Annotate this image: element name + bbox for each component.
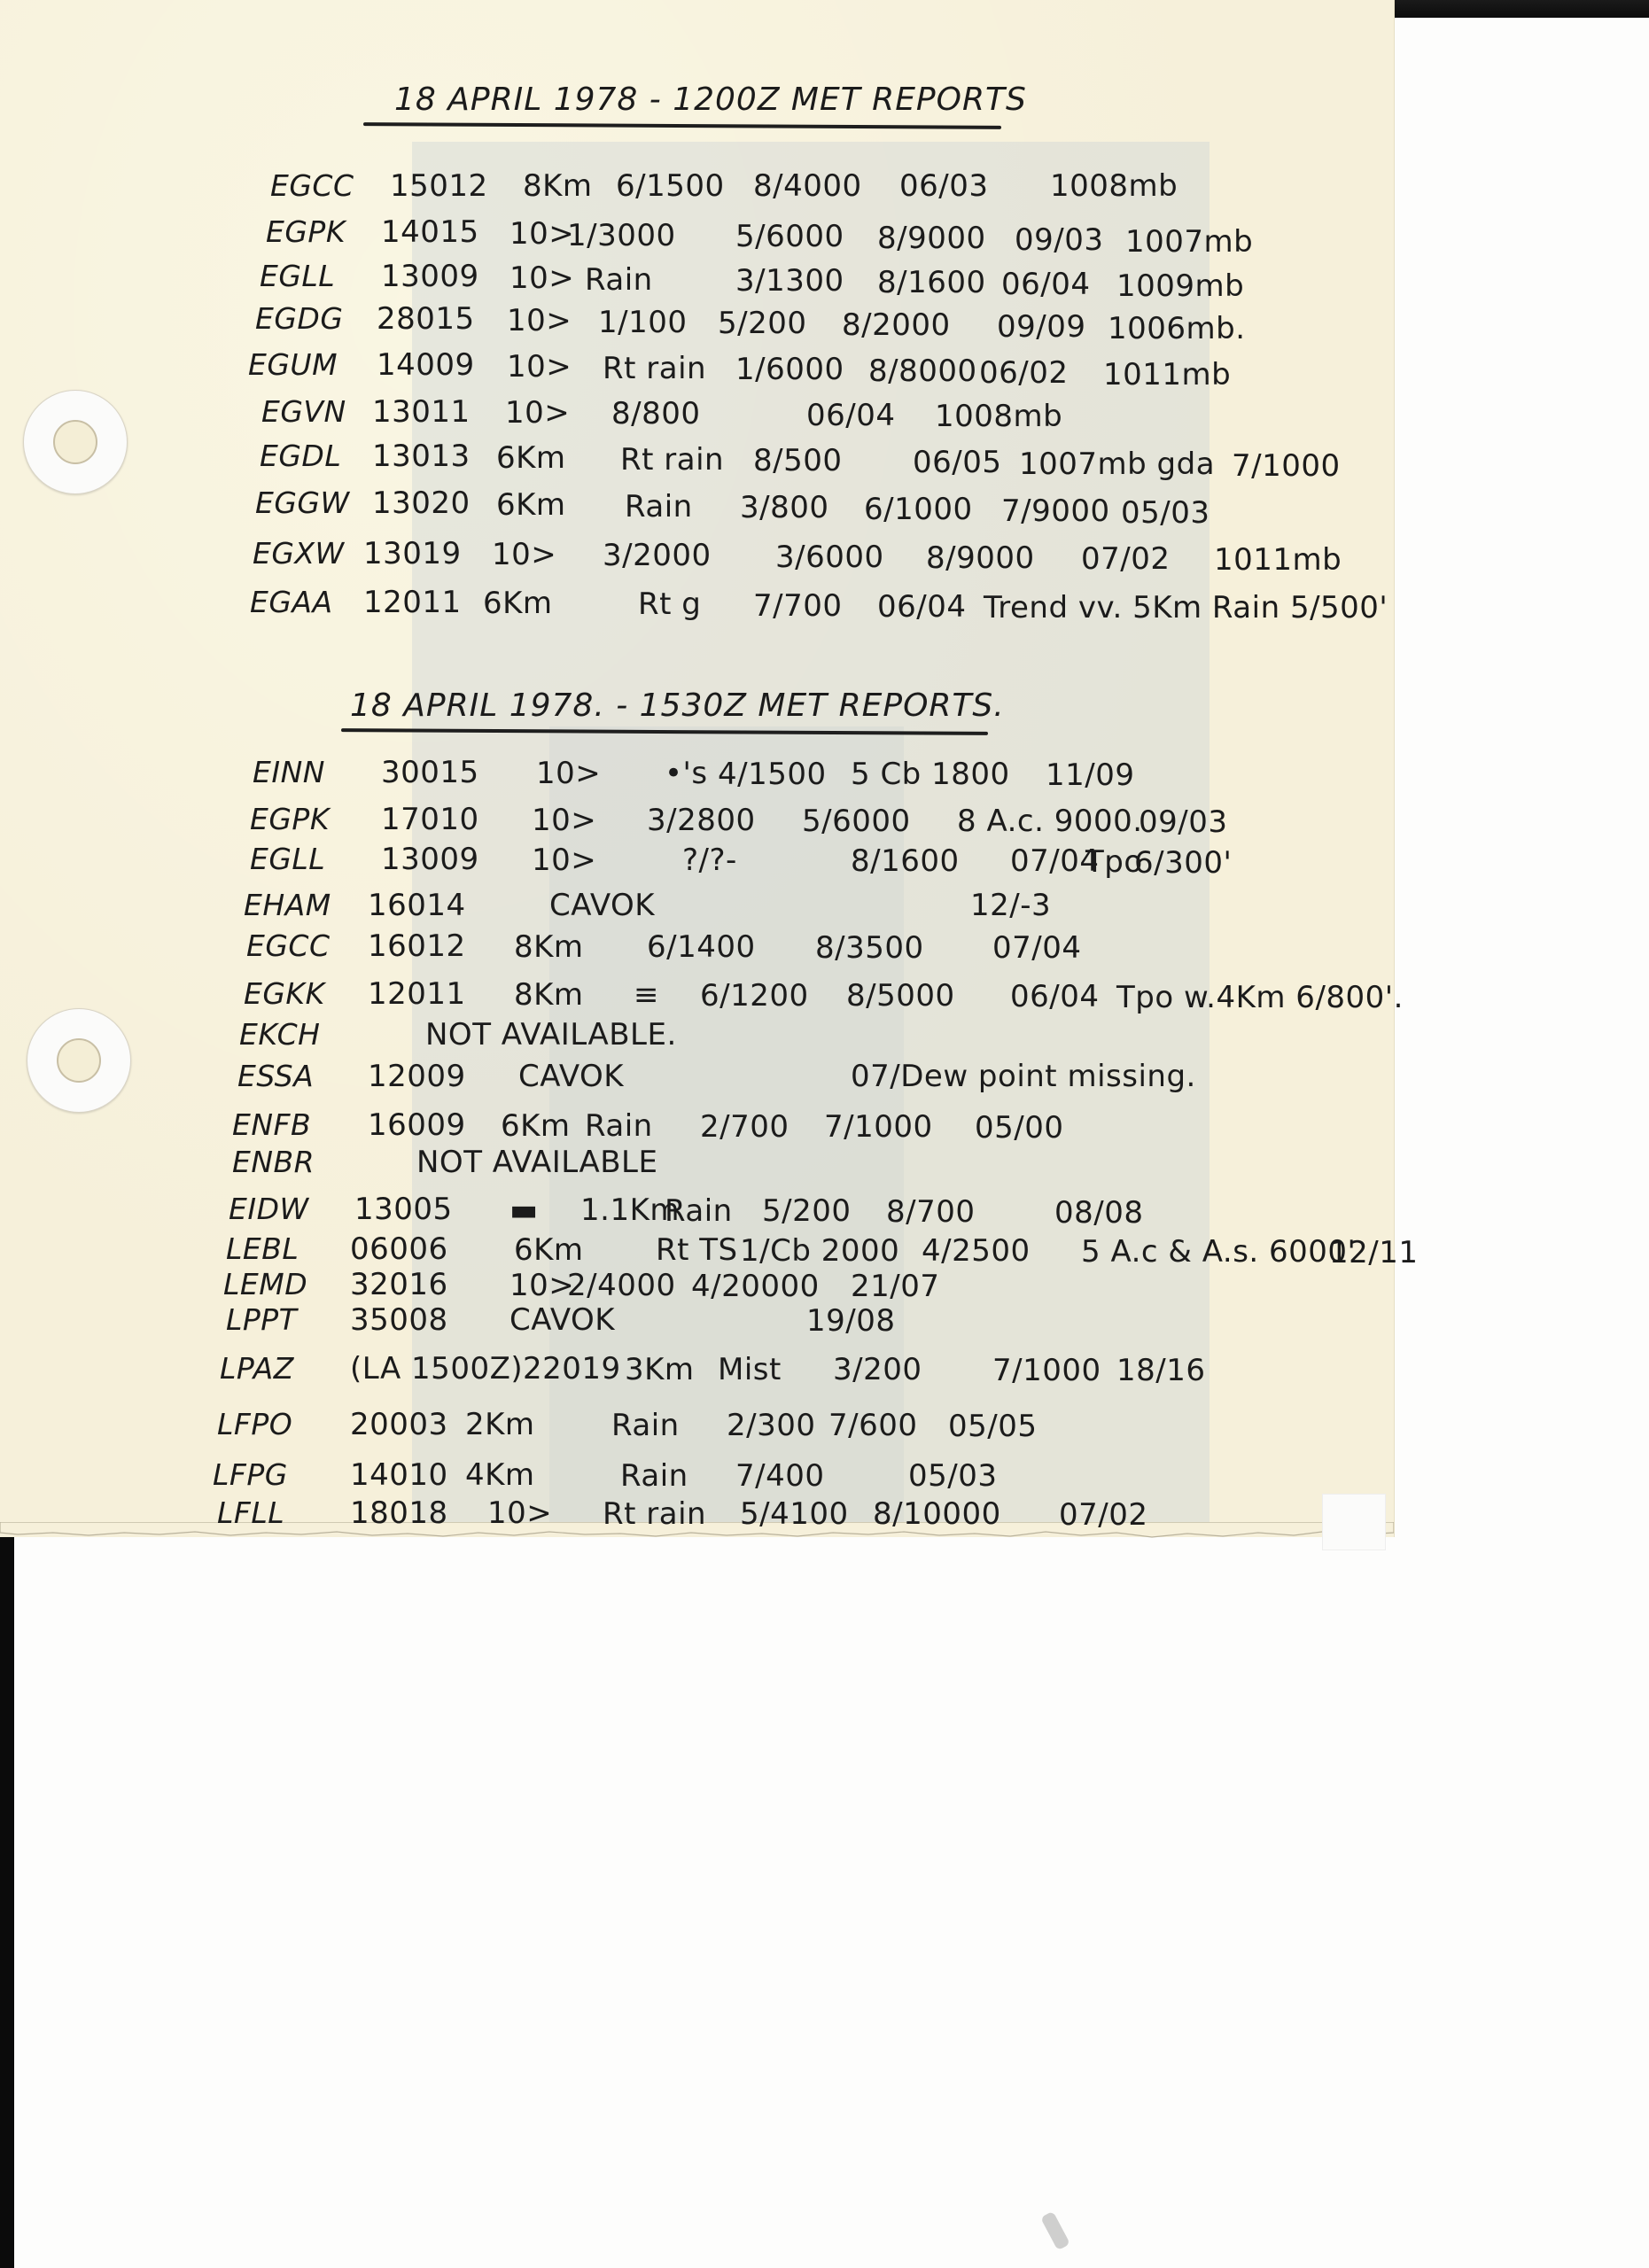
report-value: 06/04 (1001, 267, 1090, 302)
report-value: Rt g (638, 586, 701, 622)
report-value: 10> (505, 395, 570, 431)
report-value: 09/03 (1015, 222, 1103, 258)
report-value: 14009 (377, 347, 475, 383)
report-value: 10> (492, 537, 556, 572)
report-value: 06/02 (979, 355, 1068, 391)
report-row: EGDG2801510>1/1005/2008/200009/091006mb. (0, 301, 1394, 342)
report-value: 22019 (523, 1351, 621, 1386)
station-code: LEMD (223, 1267, 307, 1301)
report-value: 19/08 (806, 1303, 895, 1339)
report-value: 5/6000 (735, 219, 844, 254)
report-value: 12/11 (1329, 1235, 1418, 1270)
report-value: 10> (507, 349, 572, 384)
station-code: EGLL (250, 842, 325, 876)
report-value: 12011 (363, 585, 462, 620)
report-value: 8 A.c. 9000. (957, 804, 1143, 839)
report-value: 7/400 (735, 1458, 824, 1494)
report-row: EGLL1300910>?/?-8/160007/04Tpo6/300' (0, 842, 1394, 882)
report-value: 3/1300 (735, 263, 844, 299)
report-value: 06/04 (877, 589, 966, 625)
report-value: 16009 (368, 1107, 466, 1143)
report-value: 1011mb (1214, 542, 1342, 578)
station-code: EGXW (253, 536, 345, 571)
report-row: EGVN1301110>8/80006/041008mb (0, 394, 1394, 435)
report-value: 3Km (625, 1352, 695, 1387)
report-value: 07/02 (1059, 1497, 1147, 1533)
report-value: 06/05 (913, 445, 1001, 480)
report-value: 10> (509, 260, 574, 296)
report-row: EIDW13005▬1.1KmRain5/2008/70008/08 (0, 1192, 1394, 1232)
report-value: 6/1200 (700, 978, 809, 1014)
report-row: EGPK1401510>1/30005/60008/900009/031007m… (0, 214, 1394, 255)
report-row: EHAM16014CAVOK12/-3 (0, 888, 1394, 928)
report-value: 7/700 (753, 588, 842, 624)
report-value: 3/6000 (775, 540, 884, 575)
station-code: EKCH (239, 1017, 320, 1052)
report-value: 13005 (354, 1192, 453, 1227)
station-code: EGLL (260, 259, 335, 293)
report-value: 6/1000 (864, 492, 973, 527)
scan-smudge (1040, 2211, 1070, 2251)
report-value: 1007mb (1125, 224, 1253, 260)
report-value: Rain (625, 489, 693, 524)
report-value: 1011mb (1103, 357, 1231, 392)
report-value: 16012 (368, 928, 466, 964)
report-value: 3/200 (833, 1352, 922, 1387)
station-code: EGPK (266, 214, 346, 249)
report-row: EGGW130206KmRain3/8006/10007/900005/03 (0, 485, 1394, 526)
station-code: ENBR (232, 1145, 315, 1179)
report-value: Trend vv. 5Km Rain 5/500' (984, 590, 1388, 625)
station-code: LEBL (226, 1231, 299, 1266)
station-code: LFPO (217, 1407, 292, 1441)
report-row: EGAA120116KmRt g7/70006/04Trend vv. 5Km … (0, 585, 1394, 625)
report-value: 8/8000 (868, 353, 977, 389)
report-value: 6Km (483, 586, 553, 621)
report-value: 7/1000 (992, 1353, 1101, 1388)
report-row: EGCC150128Km6/15008/400006/031008mb (0, 168, 1394, 209)
report-value: 8/5000 (846, 978, 955, 1014)
report-value: 5 A.c & A.s. 6000' (1081, 1234, 1356, 1270)
report-value: 8/3500 (815, 930, 924, 966)
report-value: 1/Cb 2000 (740, 1233, 899, 1269)
report-value: 05/00 (975, 1110, 1063, 1146)
report-value: 10> (536, 756, 601, 791)
report-row: LPPT35008CAVOK19/08 (0, 1302, 1394, 1343)
report-value: 4/1500 (718, 757, 827, 792)
report-value: 8/10000 (873, 1496, 1001, 1532)
report-value: 05/03 (1121, 495, 1210, 531)
station-code: LFPG (213, 1457, 288, 1492)
report-value: 7/9000 (1001, 493, 1110, 529)
report-row: EGKK120118Km≡6/12008/500006/04Tpo w.4Km … (0, 976, 1394, 1017)
station-code: EGDG (255, 301, 343, 336)
report-value: 5/6000 (802, 804, 911, 839)
report-value: 05/05 (948, 1409, 1037, 1444)
report-row: LFPG140104KmRain7/40005/03 (0, 1457, 1394, 1498)
report-row: LFPO200032KmRain2/3007/60005/05 (0, 1407, 1394, 1448)
report-row: EKCHNOT AVAILABLE. (0, 1017, 1394, 1058)
report-value: 7/1000 (1232, 448, 1341, 484)
report-value: 12009 (368, 1059, 466, 1094)
report-value: 16014 (368, 888, 466, 923)
station-code: EGPK (250, 802, 330, 836)
report-value: 6Km (514, 1232, 584, 1268)
report-value: 10> (509, 216, 574, 252)
report-value: 4/20000 (691, 1269, 820, 1304)
report-value: 8Km (514, 929, 584, 965)
report-value: 6/300' (1134, 845, 1232, 881)
report-row: EGUM1400910>Rt rain1/60008/800006/021011… (0, 347, 1394, 388)
report-value: 7/1000 (824, 1109, 933, 1145)
report-value: 8/9000 (877, 221, 986, 256)
report-value: Rt rain (620, 442, 724, 478)
station-code: ESSA (237, 1059, 314, 1093)
report-value: 09/09 (997, 309, 1085, 345)
report-row: LPAZ(LA 1500Z)220193KmMist3/2007/100018/… (0, 1351, 1394, 1392)
report-value: 8/4000 (753, 168, 862, 204)
report-value: Rt rain (603, 1496, 706, 1532)
report-value: 8Km (523, 168, 593, 204)
report-value: 5/200 (718, 306, 806, 341)
report-value: 14010 (350, 1457, 448, 1493)
report-value: CAVOK (509, 1302, 615, 1338)
report-value: ≡ (634, 977, 659, 1013)
station-code: LPPT (226, 1302, 297, 1337)
report-value: 13009 (381, 259, 479, 294)
report-row: EGXW1301910>3/20003/60008/900007/021011m… (0, 536, 1394, 577)
report-value: ?/?- (682, 843, 737, 878)
report-value: 5/200 (762, 1193, 851, 1229)
scanner-edge-left (0, 1531, 14, 2268)
report-value: 1008mb (935, 399, 1062, 434)
report-value: 06/03 (899, 168, 988, 204)
report-value: 21/07 (851, 1269, 939, 1304)
report-value: 20003 (350, 1407, 448, 1442)
station-code: EGCC (270, 168, 354, 203)
report-value: 4Km (465, 1457, 535, 1493)
report-value: CAVOK (518, 1059, 624, 1094)
report-value: Rain (611, 1408, 680, 1443)
report-value: 10> (532, 803, 596, 838)
report-value: Rain (585, 1108, 653, 1144)
station-code: EINN (253, 755, 325, 789)
report-row: EGDL130136KmRt rain8/50006/051007mb gda7… (0, 439, 1394, 479)
report-value: 4/2500 (922, 1233, 1031, 1269)
report-value: 1006mb. (1108, 311, 1246, 346)
report-value: 07/04 (992, 930, 1081, 966)
report-value: 8/500 (753, 443, 842, 478)
station-code: EGKK (244, 976, 325, 1011)
report-value: 12011 (368, 976, 466, 1012)
report-row: LFLL1801810>Rt rain5/41008/1000007/02 (0, 1495, 1394, 1536)
section-1-title: 18 APRIL 1978 - 1200Z MET REPORTS (394, 82, 1027, 118)
report-value: 15012 (390, 168, 488, 204)
report-value: 2/300 (727, 1408, 815, 1443)
report-value: 5 Cb 1800 (851, 757, 1010, 792)
report-value: 06006 (350, 1231, 448, 1267)
station-code: EGAA (250, 585, 333, 619)
report-value: 8/2000 (842, 307, 951, 343)
report-value: 30015 (381, 755, 479, 790)
report-value: •'s (665, 756, 708, 791)
report-value: 10> (509, 1268, 574, 1303)
report-value: 13011 (372, 394, 471, 430)
report-value: 6/1400 (647, 929, 756, 965)
report-value: 35008 (350, 1302, 448, 1338)
section-2-title: 18 APRIL 1978. - 1530Z MET REPORTS. (350, 687, 1005, 724)
report-value: 8Km (514, 977, 584, 1013)
report-value: 1009mb (1116, 268, 1244, 304)
report-value: 8/1600 (877, 265, 986, 300)
report-value: Rain (585, 262, 653, 298)
station-code: EGUM (248, 347, 338, 382)
report-row: EGLL1300910>Rain3/13008/160006/041009mb (0, 259, 1394, 299)
report-value: Mist (718, 1352, 782, 1387)
report-value: 3/2800 (647, 803, 756, 838)
report-value: 2/700 (700, 1109, 789, 1145)
report-value: 3/2000 (603, 538, 712, 573)
station-code: EGDL (260, 439, 341, 473)
station-code: EGGW (255, 485, 350, 520)
report-value: 7/600 (828, 1408, 917, 1443)
report-value: 14015 (381, 214, 479, 250)
report-row: EINN3001510>•'s4/15005 Cb 180011/09 (0, 755, 1394, 796)
report-value: 10> (507, 303, 572, 338)
report-value: 1/6000 (735, 352, 844, 387)
report-row: EGPK1701010>3/28005/60008 A.c. 9000.09/0… (0, 802, 1394, 843)
report-value: 13020 (372, 485, 471, 521)
report-value: 06/04 (806, 398, 895, 433)
report-value: Tpo w.4Km 6/800'. (1116, 980, 1404, 1015)
report-value: ▬ (509, 1192, 539, 1228)
report-value: Rain (620, 1458, 688, 1494)
report-row: EGCC160128Km6/14008/350007/04 (0, 928, 1394, 969)
report-value: 1007mb gda (1019, 447, 1215, 482)
report-value: 09/03 (1139, 804, 1227, 840)
station-code: LFLL (217, 1495, 284, 1530)
report-value: 18018 (350, 1495, 448, 1531)
report-value: 10> (532, 843, 596, 878)
report-value: 5/4100 (740, 1496, 849, 1532)
report-value: 11/09 (1046, 757, 1134, 793)
report-value: 28015 (377, 301, 475, 337)
report-value: 05/03 (908, 1458, 997, 1494)
report-value: Rt rain (603, 351, 706, 386)
report-value: NOT AVAILABLE. (425, 1017, 677, 1052)
report-value: 1/100 (598, 305, 687, 340)
report-value: NOT AVAILABLE (416, 1145, 657, 1180)
report-value: 1008mb (1050, 168, 1178, 204)
report-value: 6Km (496, 440, 566, 476)
report-value: Rt TS (656, 1232, 738, 1268)
report-value: 07/Dew point missing. (851, 1059, 1196, 1094)
report-value: 12/-3 (970, 888, 1051, 923)
report-value: (LA 1500Z) (350, 1351, 523, 1386)
report-value: 13013 (372, 439, 471, 474)
report-row: ENFB160096KmRain2/7007/100005/00 (0, 1107, 1394, 1148)
report-row: ESSA12009CAVOK07/Dew point missing. (0, 1059, 1394, 1099)
report-value: Rain (665, 1193, 733, 1229)
report-value: 6Km (496, 487, 566, 523)
report-value: 32016 (350, 1267, 448, 1302)
report-value: 2/4000 (567, 1268, 676, 1303)
scanner-edge-top (1391, 0, 1649, 18)
station-code: EHAM (244, 888, 331, 922)
report-value: 07/02 (1081, 541, 1170, 577)
report-value: 8/1600 (851, 843, 960, 879)
report-value: 13019 (363, 536, 462, 571)
report-value: 8/9000 (926, 540, 1035, 576)
report-value: 13009 (381, 842, 479, 877)
report-value: 18/16 (1116, 1353, 1205, 1388)
report-value: 1/3000 (567, 218, 676, 253)
station-code: ENFB (232, 1107, 311, 1142)
report-value: 2Km (465, 1407, 535, 1442)
report-row: ENBRNOT AVAILABLE (0, 1145, 1394, 1185)
report-value: 8/800 (611, 396, 700, 431)
station-code: LPAZ (220, 1351, 294, 1386)
station-code: EIDW (229, 1192, 309, 1226)
report-value: 6Km (501, 1108, 571, 1144)
report-value: 6/1500 (616, 168, 725, 204)
report-value: 06/04 (1010, 979, 1099, 1014)
report-value: 10> (487, 1495, 552, 1531)
station-code: EGCC (246, 928, 331, 963)
station-code: EGVN (261, 394, 346, 429)
report-value: 17010 (381, 802, 479, 837)
report-value: 08/08 (1054, 1195, 1143, 1231)
report-value: 8/700 (886, 1194, 975, 1230)
report-value: CAVOK (549, 888, 655, 923)
report-value: 3/800 (740, 490, 828, 525)
